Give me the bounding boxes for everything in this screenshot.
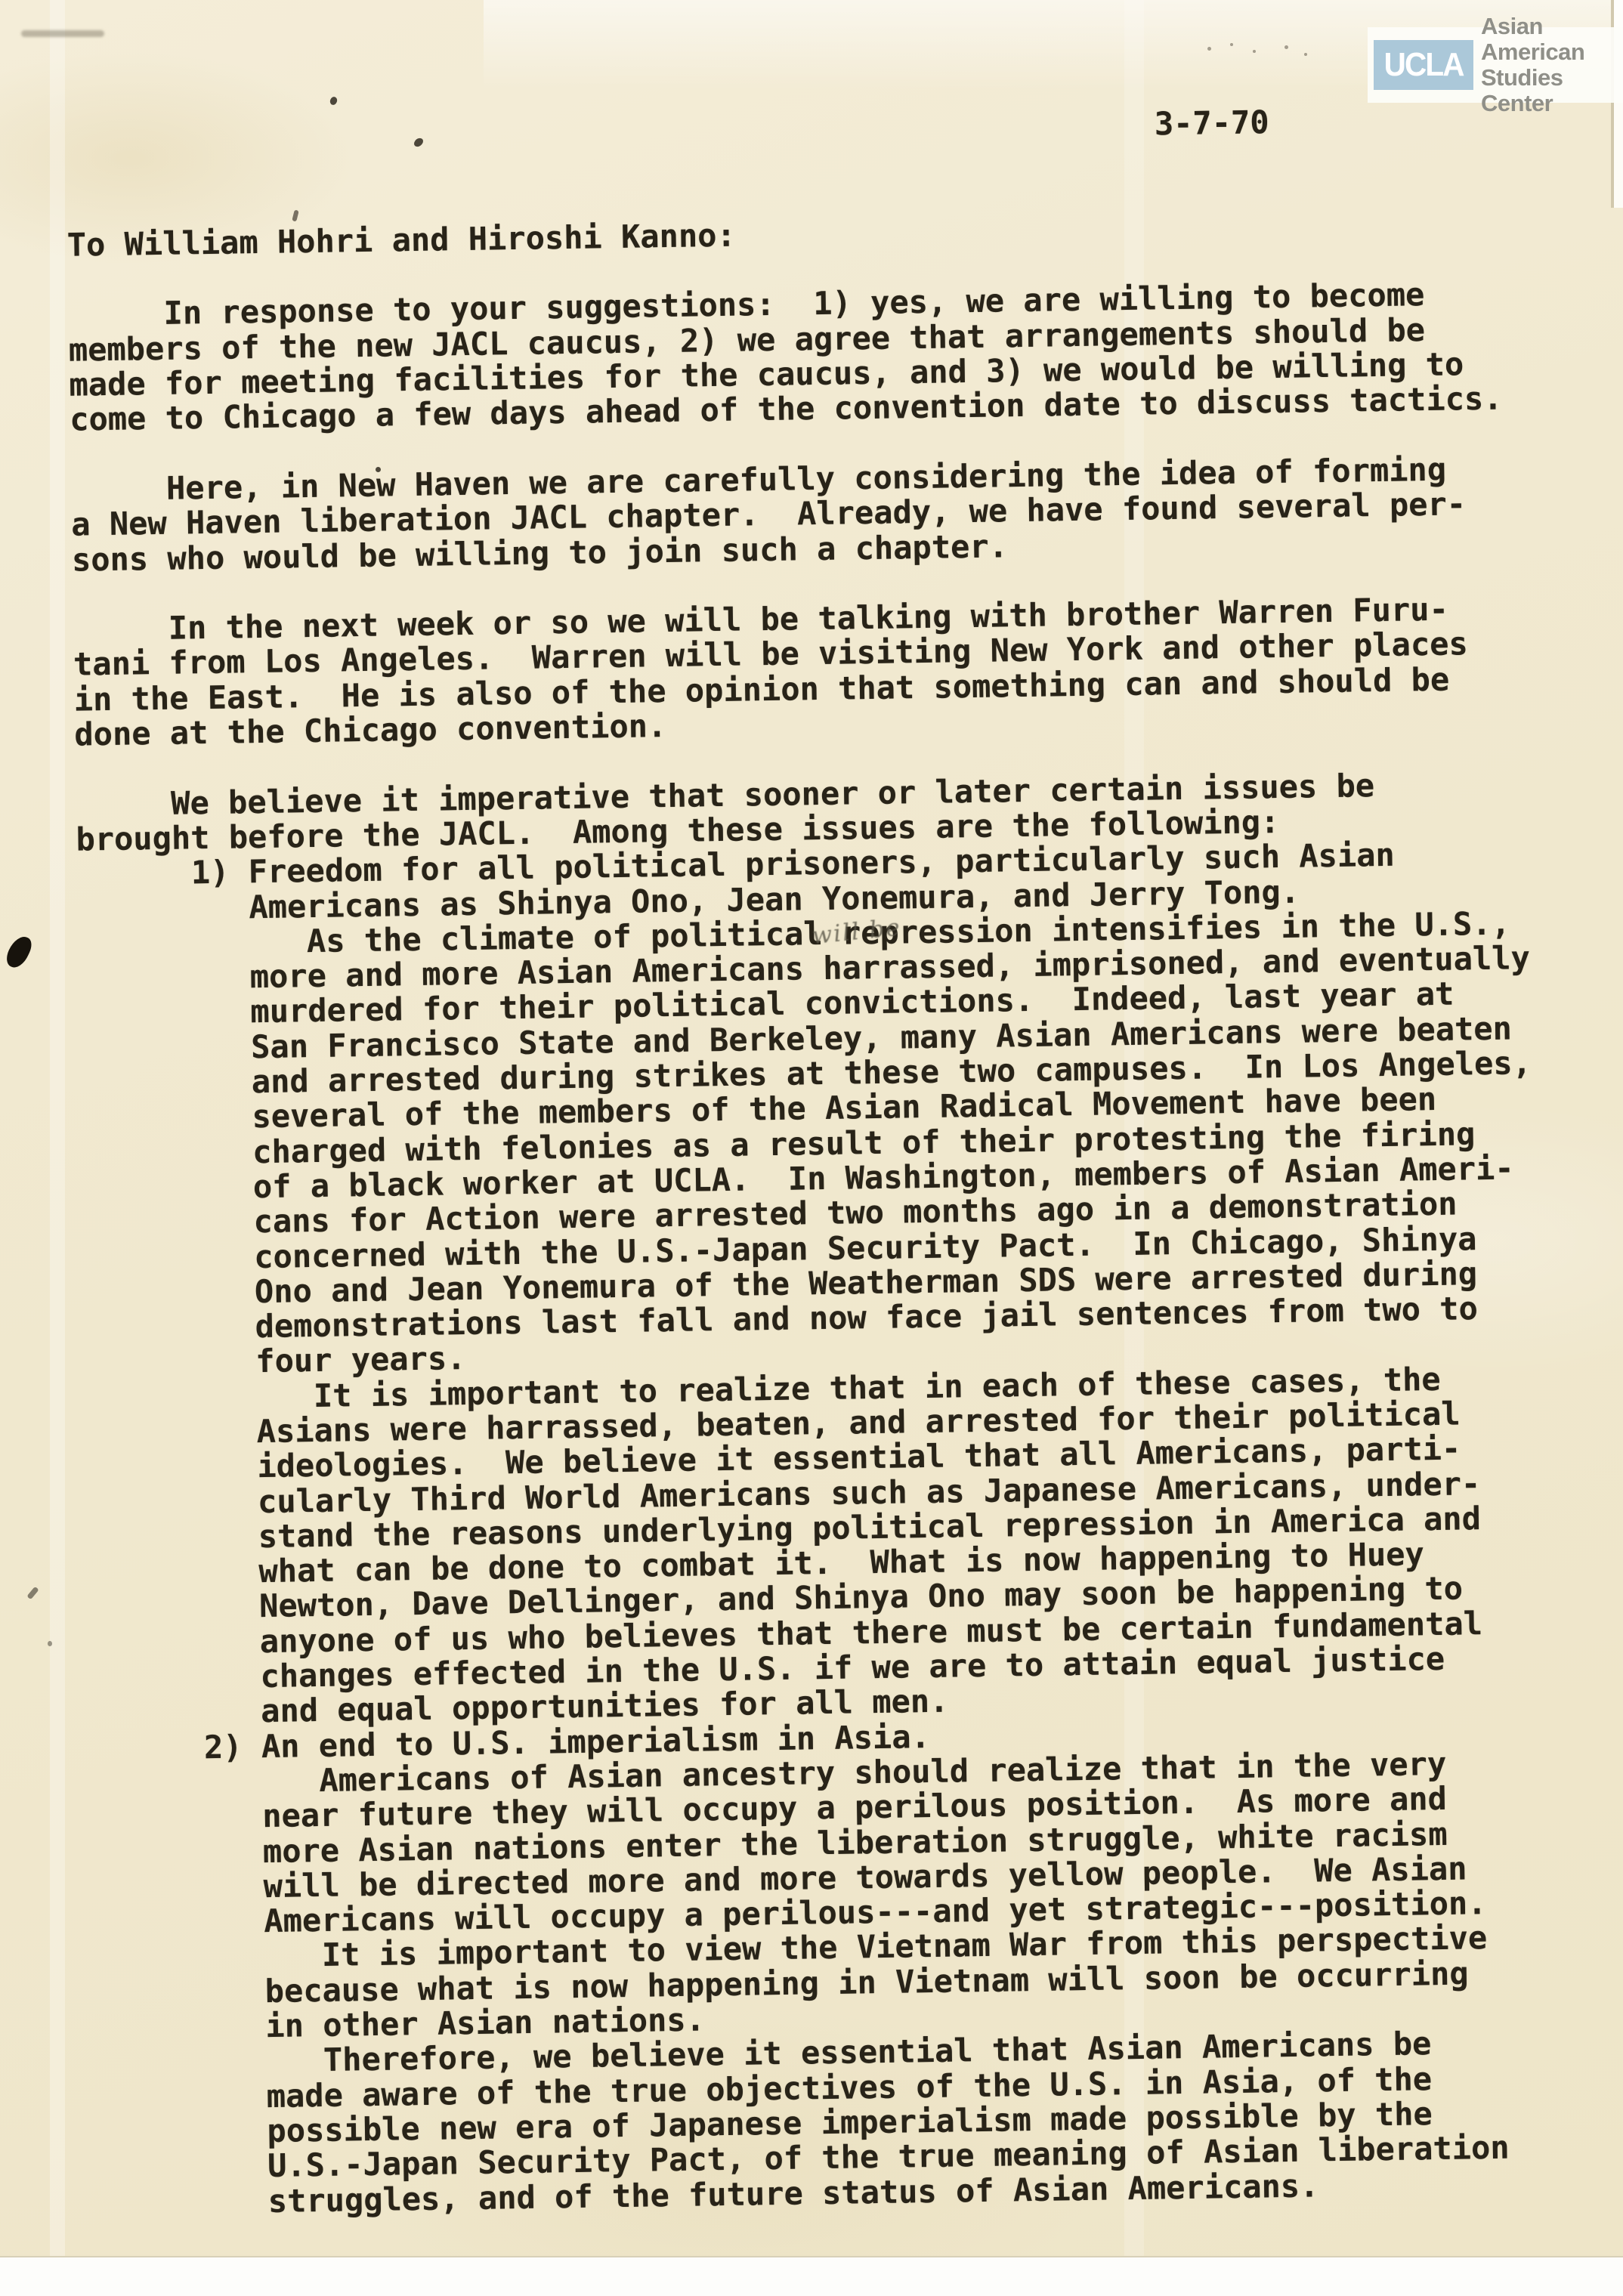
typed-text-block: 3-7-70 To William Hohri and Hiroshi Kann… bbox=[65, 101, 1581, 2231]
aasc-label-line1: Asian American bbox=[1481, 14, 1623, 65]
ucla-aasc-watermark: UCLA Asian American Studies Center bbox=[1368, 27, 1623, 103]
ucla-logo-text: UCLA bbox=[1383, 46, 1463, 84]
letter-body-text: 3-7-70 To William Hohri and Hiroshi Kann… bbox=[65, 101, 1581, 2222]
ucla-logo-box: UCLA bbox=[1374, 40, 1473, 90]
scanned-letter-page: UCLA Asian American Studies Center 3-7-7… bbox=[0, 0, 1623, 2296]
